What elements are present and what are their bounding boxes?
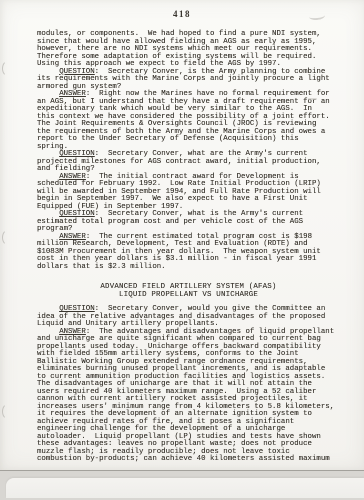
scanned-page: 418 modules, or components. We had hoped… bbox=[0, 0, 364, 500]
section-heading-line: LIQUID PROPELLANT VS UNICHARGE bbox=[37, 292, 340, 300]
scan-mark bbox=[308, 98, 317, 100]
scan-smudge bbox=[309, 11, 326, 21]
document-text: modules, or components. We had hoped to … bbox=[37, 31, 340, 464]
text-line: combustion by-products; can achieve 40 k… bbox=[37, 456, 340, 464]
qa-label: ANSWER bbox=[59, 90, 86, 98]
hole-punch-mark bbox=[2, 229, 16, 246]
text-line: dollars that is $2.3 million. bbox=[37, 264, 340, 272]
qa-label: QUESTION bbox=[59, 150, 94, 158]
qa-label: QUESTION bbox=[59, 305, 94, 313]
text-line: report to the Under Secretary of Defense… bbox=[37, 136, 340, 144]
hole-punch-mark bbox=[2, 60, 16, 77]
text-line: estimated total program cost and per veh… bbox=[37, 219, 340, 227]
hole-punch-mark bbox=[2, 403, 16, 420]
section-heading: ADVANCED FIELD ARTILLERY SYSTEM (AFAS)LI… bbox=[37, 284, 340, 299]
paragraph-block: modules, or components. We had hoped to … bbox=[37, 31, 340, 271]
document-paper: 418 modules, or components. We had hoped… bbox=[0, 0, 364, 471]
paragraph-block: QUESTION: Secretary Conver, would you gi… bbox=[37, 306, 340, 464]
qa-label: QUESTION bbox=[59, 210, 94, 218]
underlying-sheet bbox=[6, 478, 364, 498]
